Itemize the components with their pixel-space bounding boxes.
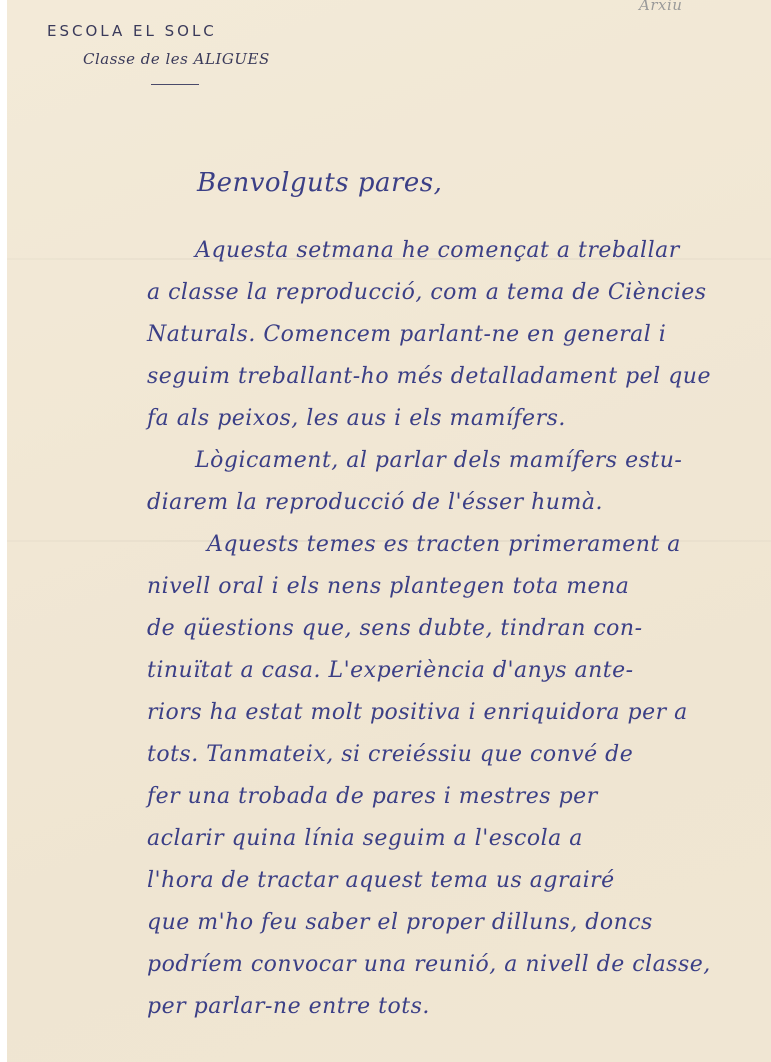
letter-line: podríem convocar una reunió, a nivell de… (147, 952, 711, 977)
letter-line: diarem la reproducció de l'ésser humà. (147, 490, 603, 515)
letter-line: aclarir quina línia seguim a l'escola a (147, 826, 583, 851)
letter-page: Arxiu ESCOLA EL SOLC Classe de les ALIGU… (7, 0, 771, 1062)
letter-line: Naturals. Comencem parlant-ne en general… (147, 322, 666, 347)
letter-line: a classe la reproducció, com a tema de C… (147, 280, 707, 305)
letter-line: Aquesta setmana he començat a treballar (195, 238, 680, 263)
class-name: Classe de les ALIGUES (83, 50, 270, 68)
letter-line: tots. Tanmateix, si creiéssiu que convé … (147, 742, 633, 767)
letter-line: Lògicament, al parlar dels mamífers estu… (195, 448, 682, 473)
letter-line: fa als peixos, les aus i els mamífers. (147, 406, 566, 431)
salutation: Benvolguts pares, (197, 168, 442, 198)
letter-line: l'hora de tractar aquest tema us agrairé (147, 868, 615, 893)
letter-line: tinuïtat a casa. L'experiència d'anys an… (147, 658, 634, 683)
letter-line: de qüestions que, sens dubte, tindran co… (147, 616, 643, 641)
archive-note: Arxiu (639, 0, 682, 14)
letter-line: que m'ho feu saber el proper dilluns, do… (147, 910, 653, 935)
school-name: ESCOLA EL SOLC (47, 22, 217, 40)
letter-line: seguim treballant-ho més detalladament p… (147, 364, 711, 389)
header-underline (151, 84, 199, 85)
letter-line: fer una trobada de pares i mestres per (147, 784, 598, 809)
letter-line: nivell oral i els nens plantegen tota me… (147, 574, 629, 599)
letter-line: Aquests temes es tracten primerament a (207, 532, 681, 557)
letter-line: riors ha estat molt positiva i enriquido… (147, 700, 688, 725)
letter-line: per parlar-ne entre tots. (147, 994, 430, 1019)
